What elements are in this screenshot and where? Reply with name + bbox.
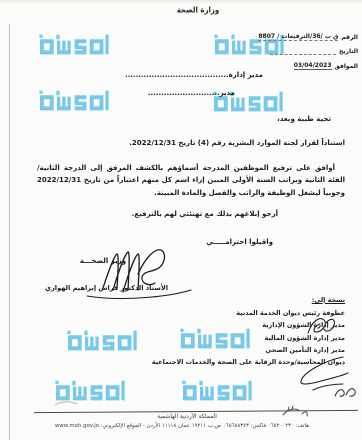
- handwritten-note: [332, 383, 359, 400]
- handwritten-smudge: [53, 399, 79, 408]
- date-row: التاريخ: [252, 48, 358, 55]
- ministry-watermark-logo: [66, 328, 138, 353]
- reference-number-label: الرقم: [341, 34, 358, 41]
- decision-reference-line: استناداً لقرار لجنة الموارد البشرية رقم …: [129, 139, 345, 147]
- closing-salutation: واقبلوا احترامـــــي: [206, 238, 273, 246]
- handwritten-initials: [303, 312, 341, 342]
- handwritten-signature: [83, 242, 195, 302]
- header-reference-block: الرقم ق ب /36/الترفيعات / 8807 التاريخ ا…: [252, 33, 358, 77]
- corresponding-date-label: الموافق: [335, 63, 359, 70]
- ministry-watermark-logo: [38, 88, 110, 113]
- ministry-watermark-logo: [181, 378, 253, 403]
- scan-fold-line: [9, 24, 10, 440]
- greeting-line: تحية طيبة وبعد،: [277, 115, 331, 123]
- reference-number-row: الرقم ق ب /36/الترفيعات / 8807: [252, 33, 358, 41]
- copies-heading: نسخة إلى:: [152, 296, 345, 304]
- footer-country-line: المملكة الأردنية الهاشمية: [131, 414, 243, 420]
- date-label: التاريخ: [339, 48, 358, 55]
- date-blank-line: [270, 48, 336, 55]
- corresponding-date-row: الموافق 03/04/2023: [252, 62, 358, 70]
- reference-number-value: ق ب /36/الترفيعات / 8807: [258, 33, 338, 41]
- signer-name: الأستاذ الدكتور فراس إبراهيم الهواري: [46, 284, 168, 292]
- approval-paragraph: أوافق على ترفيع الموظفين المدرجة أسماؤهم…: [37, 162, 345, 199]
- ministry-watermark-logo: [38, 32, 110, 57]
- scan-top-shadow: [0, 0, 362, 4]
- addressee-line-1: مدير إدارة..............................…: [125, 71, 263, 79]
- signer-title: وزير الصحـــة: [72, 257, 134, 265]
- handwritten-note: [280, 404, 310, 420]
- corresponding-date-value: 03/04/2023: [294, 62, 332, 70]
- addressee-line-2: مدير...........................: [148, 89, 235, 97]
- notification-request-line: أرجو إبلاغهم بذلك مع تهنئتي لهم بالترفيع…: [132, 210, 278, 218]
- scanned-letter-page: { "document": { "emblem_text": "وزارة ال…: [0, 0, 362, 440]
- ministry-emblem-calligraphy: وزارة الصحة: [158, 5, 238, 14]
- footer-contact-line: هاتف: ٠٦٥٢٠٠٢٣٠ فاكس: ٠٦٥٦٨٨٣٧٣ ص.ب ١٩٢١…: [26, 423, 338, 429]
